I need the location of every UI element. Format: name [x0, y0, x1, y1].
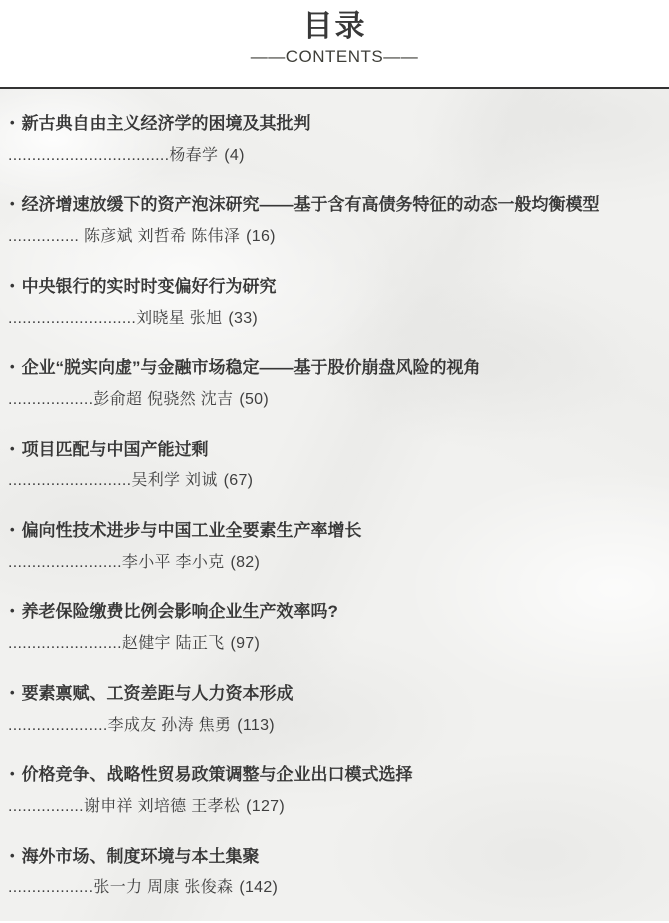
authors: 谢申祥 刘培德 王孝松 — [84, 798, 240, 815]
page-number: (50) — [239, 391, 269, 408]
toc-entry: •经济增速放缓下的资产泡沫研究——基于含有高债务特征的动态一般均衡模型 ....… — [8, 193, 659, 247]
toc-entry: •项目匹配与中国产能过剩 ..........................吴… — [8, 438, 659, 492]
entry-title-line: •养老保险缴费比例会影响企业生产效率吗? — [8, 600, 659, 624]
article-title: 项目匹配与中国产能过剩 — [22, 440, 209, 459]
dot-leader: ................ — [8, 798, 84, 815]
toc-entry: •新古典自由主义经济学的困境及其批判 .....................… — [8, 112, 659, 166]
toc-entry: •要素禀赋、工资差距与人力资本形成 .....................李… — [8, 682, 659, 736]
authors: 彭俞超 倪骁然 沈吉 — [93, 391, 233, 408]
bullet-icon: • — [10, 278, 15, 293]
toc-header: 目录 ——CONTENTS—— — [0, 0, 669, 89]
article-title: 要素禀赋、工资差距与人力资本形成 — [22, 684, 294, 703]
bullet-icon: • — [10, 848, 15, 863]
page-number: (127) — [246, 798, 285, 815]
entry-byline: ............... 陈彦斌 刘哲希 陈伟泽(16) — [8, 226, 659, 248]
toc-entry: •养老保险缴费比例会影响企业生产效率吗? ...................… — [8, 600, 659, 654]
page-number: (4) — [224, 147, 244, 164]
dot-leader: ........................ — [8, 554, 122, 571]
authors: 吴利学 刘诚 — [131, 472, 217, 489]
article-title: 价格竞争、战略性贸易政策调整与企业出口模式选择 — [22, 765, 413, 784]
toc-body: •新古典自由主义经济学的困境及其批判 .....................… — [0, 89, 669, 921]
entry-byline: ........................李小平 李小克(82) — [8, 552, 659, 574]
article-title: 养老保险缴费比例会影响企业生产效率吗? — [22, 602, 338, 621]
dot-leader: ........................... — [8, 310, 136, 327]
entry-title-line: •海外市场、制度环境与本土集聚 — [8, 845, 659, 869]
dot-leader: ........................ — [8, 635, 122, 652]
article-title: 中央银行的实时时变偏好行为研究 — [22, 277, 277, 296]
entry-title-line: •价格竞争、战略性贸易政策调整与企业出口模式选择 — [8, 763, 659, 787]
entry-title-line: •中央银行的实时时变偏好行为研究 — [8, 275, 659, 299]
toc-entry: •中央银行的实时时变偏好行为研究 .......................… — [8, 275, 659, 329]
page-number: (16) — [246, 228, 276, 245]
article-title: 偏向性技术进步与中国工业全要素生产率增长 — [22, 521, 362, 540]
entry-byline: .....................李成友 孙涛 焦勇(113) — [8, 715, 659, 737]
page-number: (142) — [239, 879, 278, 896]
dot-leader: .................. — [8, 391, 93, 408]
entry-title-line: •经济增速放缓下的资产泡沫研究——基于含有高债务特征的动态一般均衡模型 — [8, 193, 659, 217]
authors: 赵健宇 陆正飞 — [122, 635, 225, 652]
authors: 刘晓星 张旭 — [136, 310, 222, 327]
page-number: (97) — [230, 635, 260, 652]
dot-leader: .................. — [8, 879, 93, 896]
authors: 李小平 李小克 — [122, 554, 225, 571]
entry-byline: ..........................吴利学 刘诚(67) — [8, 470, 659, 492]
entry-title-line: •新古典自由主义经济学的困境及其批判 — [8, 112, 659, 136]
page-number: (67) — [224, 472, 254, 489]
dot-leader: ............... — [8, 228, 84, 245]
toc-entry: •海外市场、制度环境与本土集聚 ..................张一力 周康… — [8, 845, 659, 899]
article-title: 海外市场、制度环境与本土集聚 — [22, 847, 260, 866]
dot-leader: ..................... — [8, 717, 108, 734]
toc-entry: •企业“脱实向虚”与金融市场稳定——基于股价崩盘风险的视角 ..........… — [8, 356, 659, 410]
toc-entry: •偏向性技术进步与中国工业全要素生产率增长 ..................… — [8, 519, 659, 573]
entry-byline: ..................彭俞超 倪骁然 沈吉(50) — [8, 389, 659, 411]
bullet-icon: • — [10, 196, 15, 211]
authors: 陈彦斌 刘哲希 陈伟泽 — [84, 228, 240, 245]
entry-title-line: •项目匹配与中国产能过剩 — [8, 438, 659, 462]
authors: 张一力 周康 张俊森 — [93, 879, 233, 896]
entry-byline: ...........................刘晓星 张旭(33) — [8, 308, 659, 330]
page-number: (82) — [230, 554, 260, 571]
bullet-icon: • — [10, 359, 15, 374]
entry-byline: ................谢申祥 刘培德 王孝松(127) — [8, 796, 659, 818]
bullet-icon: • — [10, 766, 15, 781]
entry-title-line: •偏向性技术进步与中国工业全要素生产率增长 — [8, 519, 659, 543]
entry-byline: ........................赵健宇 陆正飞(97) — [8, 633, 659, 655]
dot-leader: .................................. — [8, 147, 169, 164]
bullet-icon: • — [10, 685, 15, 700]
page-number: (113) — [237, 717, 275, 734]
entry-byline: ..................................杨春学(4) — [8, 145, 659, 167]
bullet-icon: • — [10, 522, 15, 537]
bullet-icon: • — [10, 441, 15, 456]
article-title: 新古典自由主义经济学的困境及其批判 — [22, 114, 311, 133]
authors: 李成友 孙涛 焦勇 — [108, 717, 232, 734]
bullet-icon: • — [10, 603, 15, 618]
toc-entry: •价格竞争、战略性贸易政策调整与企业出口模式选择 ...............… — [8, 763, 659, 817]
authors: 杨春学 — [169, 147, 218, 164]
entry-title-line: •要素禀赋、工资差距与人力资本形成 — [8, 682, 659, 706]
page-number: (33) — [228, 310, 258, 327]
contents-subtitle: ——CONTENTS—— — [0, 47, 669, 67]
entry-byline: ..................张一力 周康 张俊森(142) — [8, 877, 659, 899]
article-title: 企业“脱实向虚”与金融市场稳定——基于股价崩盘风险的视角 — [22, 358, 481, 377]
page-title: 目录 — [0, 9, 669, 45]
article-title: 经济增速放缓下的资产泡沫研究——基于含有高债务特征的动态一般均衡模型 — [22, 195, 600, 214]
entry-title-line: •企业“脱实向虚”与金融市场稳定——基于股价崩盘风险的视角 — [8, 356, 659, 380]
bullet-icon: • — [10, 115, 15, 130]
dot-leader: .......................... — [8, 472, 131, 489]
